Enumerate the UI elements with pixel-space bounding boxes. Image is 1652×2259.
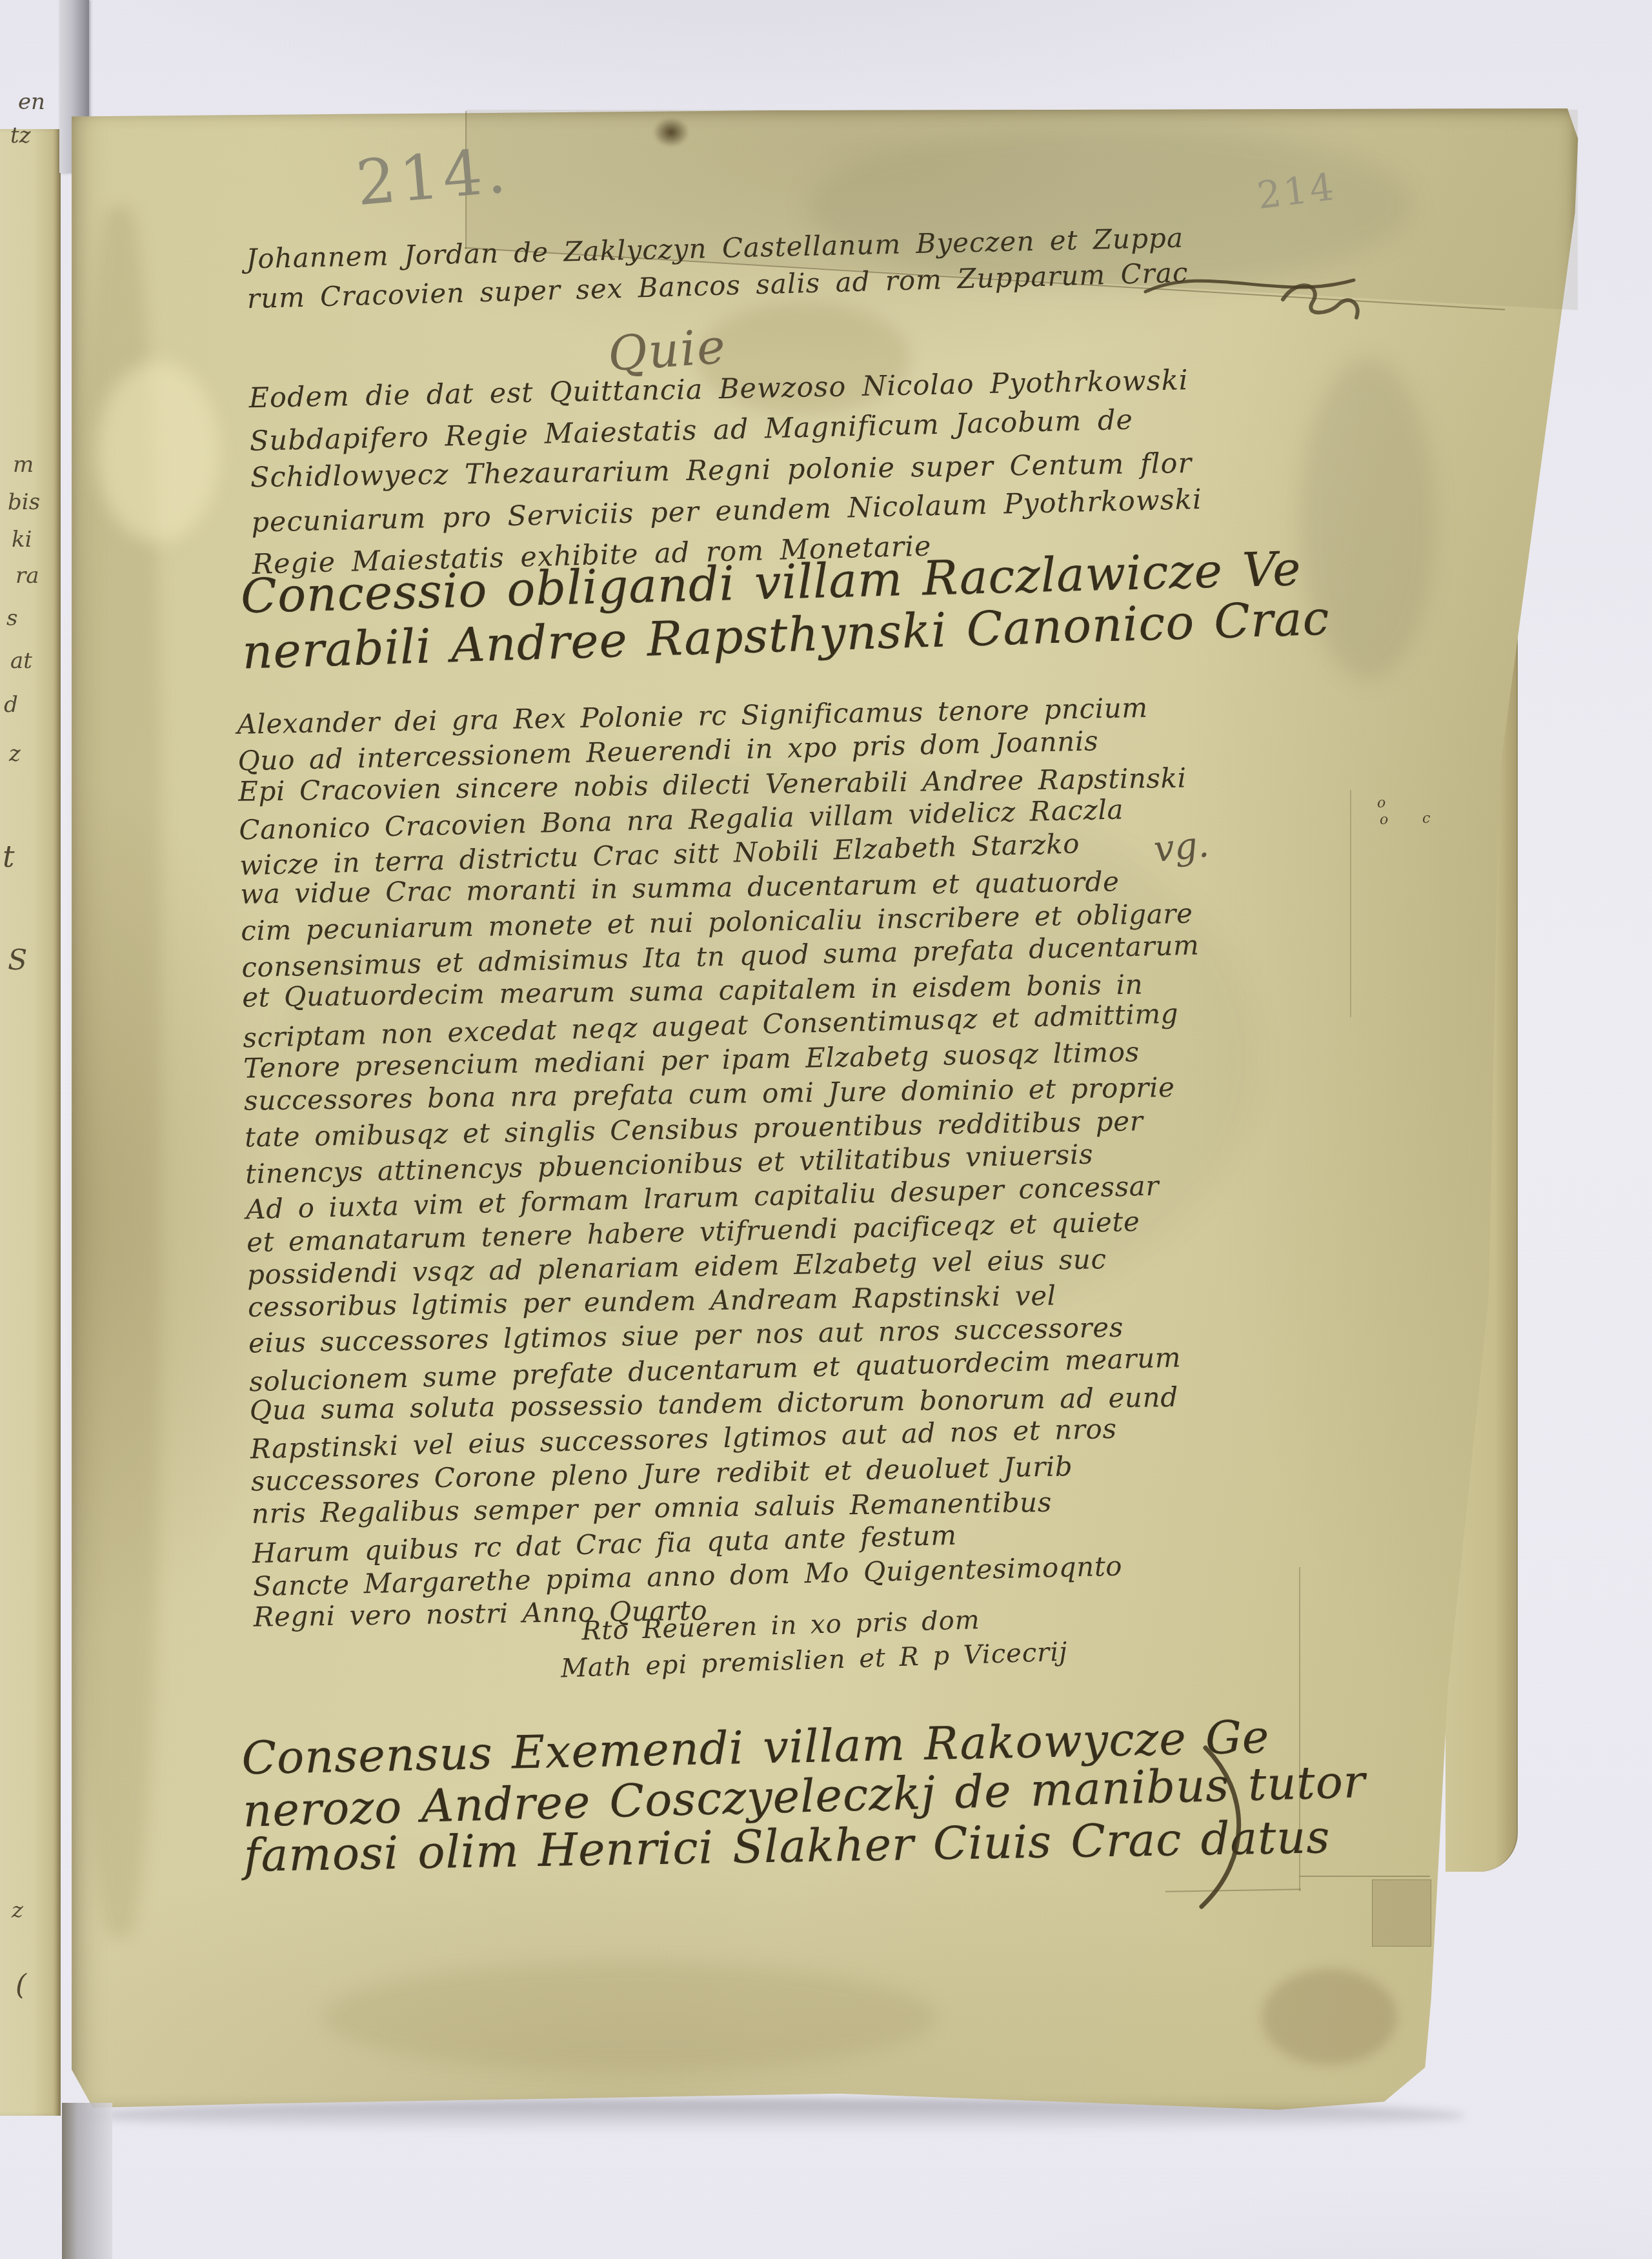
manuscript-text-line: t — [3, 839, 15, 874]
bottom-stain — [323, 1962, 936, 2072]
manuscript-text-line: bis — [8, 489, 40, 515]
manuscript-text-line: m — [13, 452, 34, 478]
body-paragraph: Alexander dei gra Rex Polonie rc Signifi… — [237, 690, 1212, 1636]
scanned-manuscript-photo: { "colors":{"parchment":"#d5cea2","ink":… — [0, 0, 1652, 2259]
patch-seam-horizontal-2 — [1300, 1876, 1430, 1877]
ink-dot: c — [1422, 811, 1430, 827]
manuscript-text-line: ( — [15, 1969, 26, 2001]
ink-dot: o — [1380, 812, 1388, 828]
ink-dot: o — [1377, 795, 1385, 811]
spine-clamp-bar-bottom — [62, 2103, 112, 2259]
ink-stain — [653, 117, 689, 147]
relatio-subscription: Rto Reueren in xo pris domMath epi premi… — [581, 1601, 1069, 1685]
underleaf-edge-line — [1350, 790, 1351, 1017]
manuscript-text-line: tz — [10, 123, 31, 148]
repair-patch-bottom-right — [1372, 1879, 1431, 1947]
folio-number-pencil-center: 214. — [354, 134, 513, 219]
manuscript-text-line: S — [8, 944, 27, 977]
manuscript-text-line: d — [4, 692, 18, 718]
light-water-stain — [97, 361, 219, 542]
manuscript-text-line: ra — [15, 563, 39, 589]
bottom-right-stain — [1262, 1969, 1397, 2065]
manuscript-text-line: z — [9, 741, 21, 767]
manuscript-text-line: en — [18, 89, 45, 115]
ink-flourish-closing-bracket — [1187, 1741, 1271, 1916]
previous-page-text-fragments: entzmbiskirasatdztSz( — [0, 0, 61, 2116]
ink-flourish-top-right — [1000, 252, 1413, 349]
manuscript-text-line: z — [12, 1898, 23, 1923]
manuscript-text-line: ki — [12, 527, 32, 552]
manuscript-text-line: s — [6, 605, 17, 631]
manuscript-text-line: at — [10, 648, 32, 674]
margin-note-vg: vg. — [1152, 824, 1211, 871]
